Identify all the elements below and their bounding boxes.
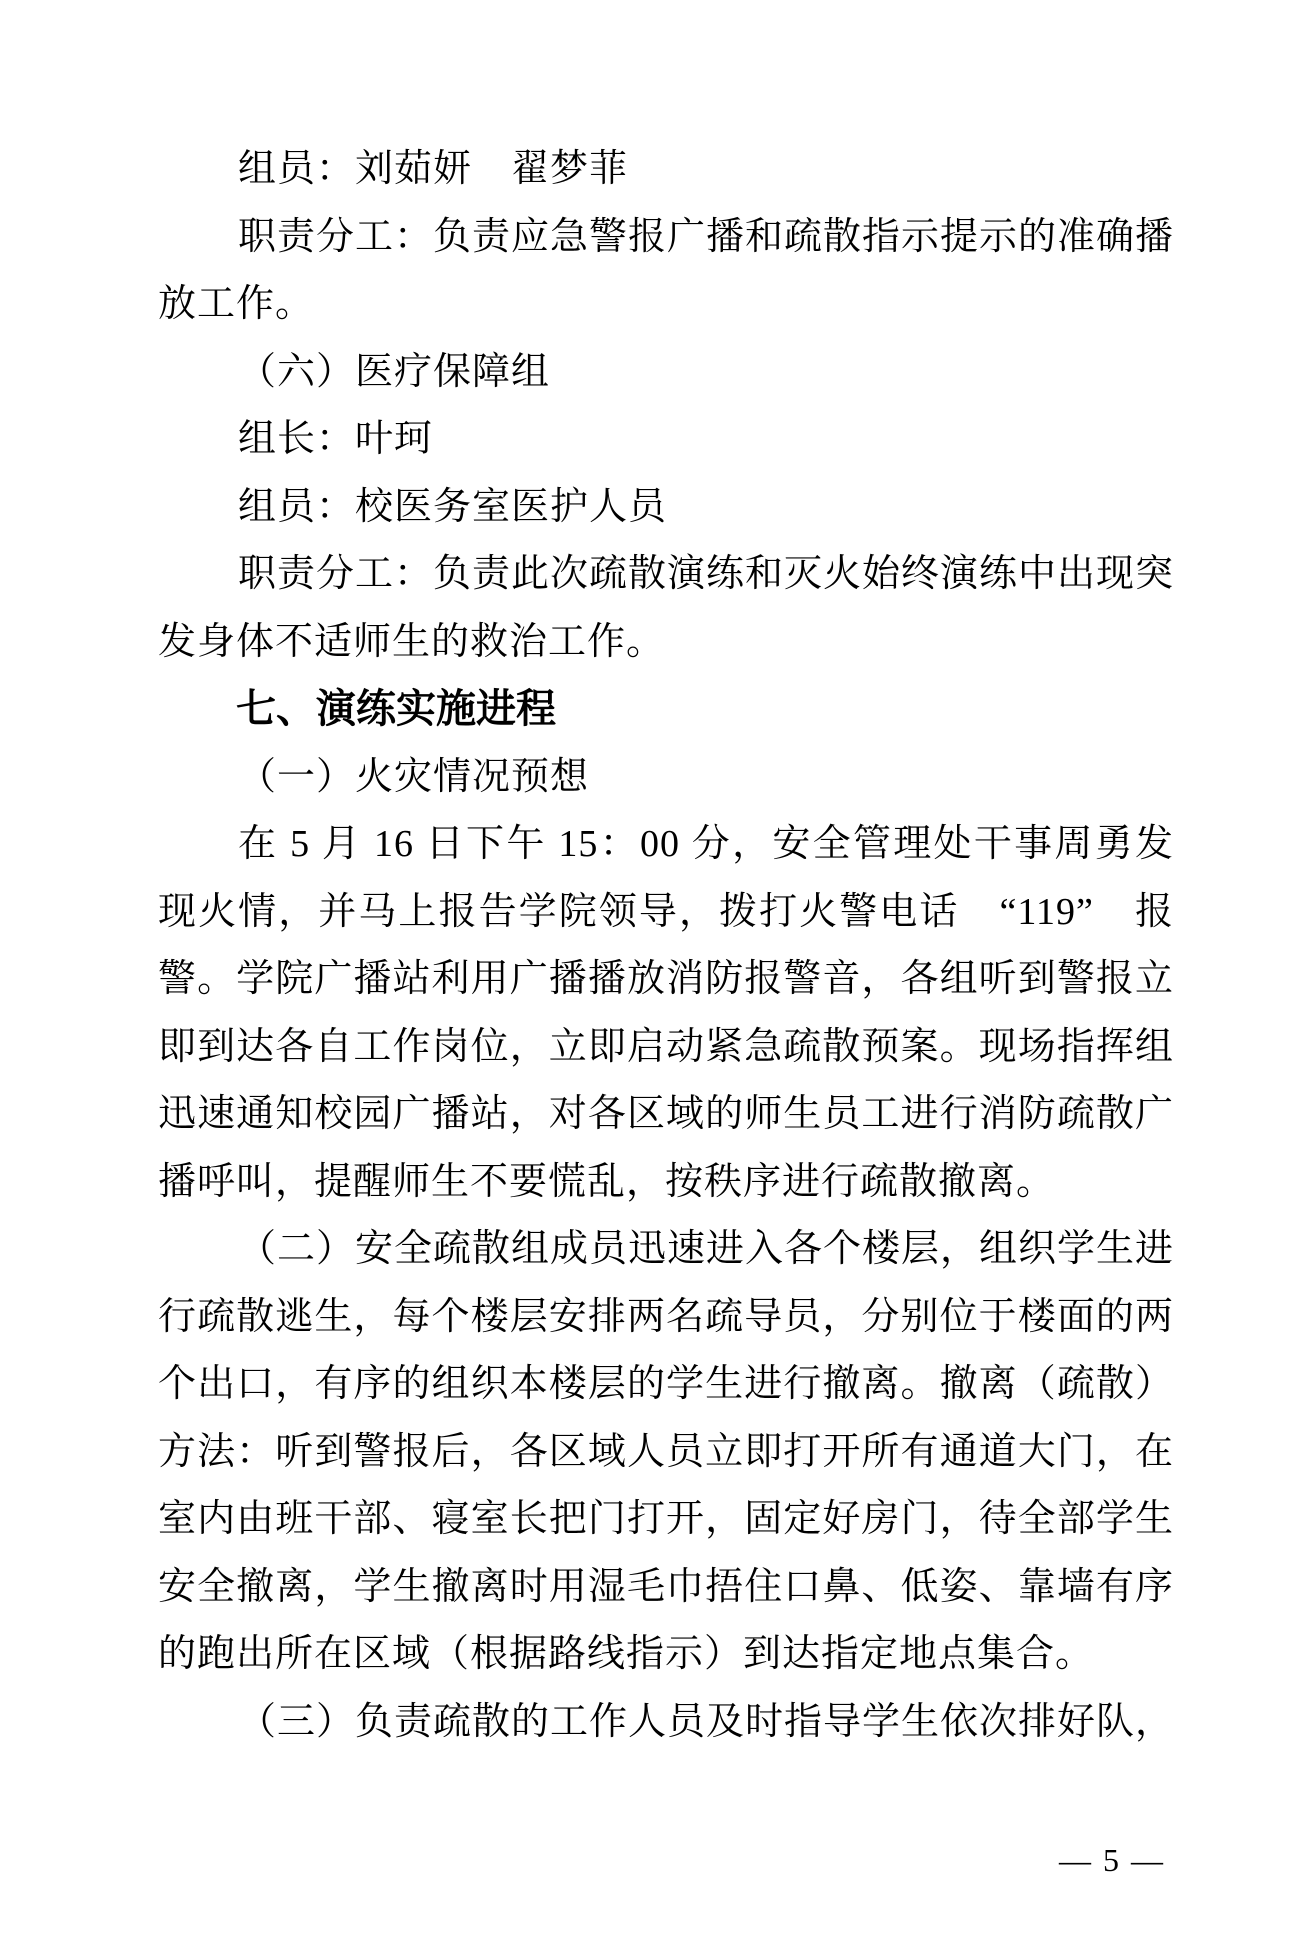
document-page: 组员：刘茹妍 翟梦菲 职责分工：负责应急警报广播和疏散指示提示的准确播放工作。 … bbox=[0, 0, 1307, 1943]
paragraph-duties-medical-group: 职责分工：负责此次疏散演练和灭火始终演练中出现突发身体不适师生的救治工作。 bbox=[158, 541, 1174, 676]
paragraph-duties-broadcast-group: 职责分工：负责应急警报广播和疏散指示提示的准确播放工作。 bbox=[158, 204, 1174, 339]
paragraph-members-medical-group: 组员：校医务室医护人员 bbox=[158, 474, 1174, 542]
paragraph-fire-scenario: 在 5 月 16 日下午 15：00 分，安全管理处干事周勇发现火情，并马上报告… bbox=[158, 811, 1174, 1216]
document-body: 组员：刘茹妍 翟梦菲 职责分工：负责应急警报广播和疏散指示提示的准确播放工作。 … bbox=[158, 136, 1174, 1756]
paragraph-leader-medical-group: 组长：叶珂 bbox=[158, 406, 1174, 474]
paragraph-lineup: （三）负责疏散的工作人员及时指导学生依次排好队， bbox=[158, 1689, 1174, 1757]
paragraph-evacuation-method: （二）安全疏散组成员迅速进入各个楼层，组织学生进行疏散逃生，每个楼层安排两名疏导… bbox=[158, 1216, 1174, 1689]
subsection-1-title: （一）火灾情况预想 bbox=[158, 744, 1174, 812]
page-number: — 5 — bbox=[1059, 1842, 1165, 1879]
section-7-heading: 七、演练实施进程 bbox=[158, 676, 1174, 744]
section-6-title: （六）医疗保障组 bbox=[158, 339, 1174, 407]
paragraph-members-broadcast-group: 组员：刘茹妍 翟梦菲 bbox=[158, 136, 1174, 204]
